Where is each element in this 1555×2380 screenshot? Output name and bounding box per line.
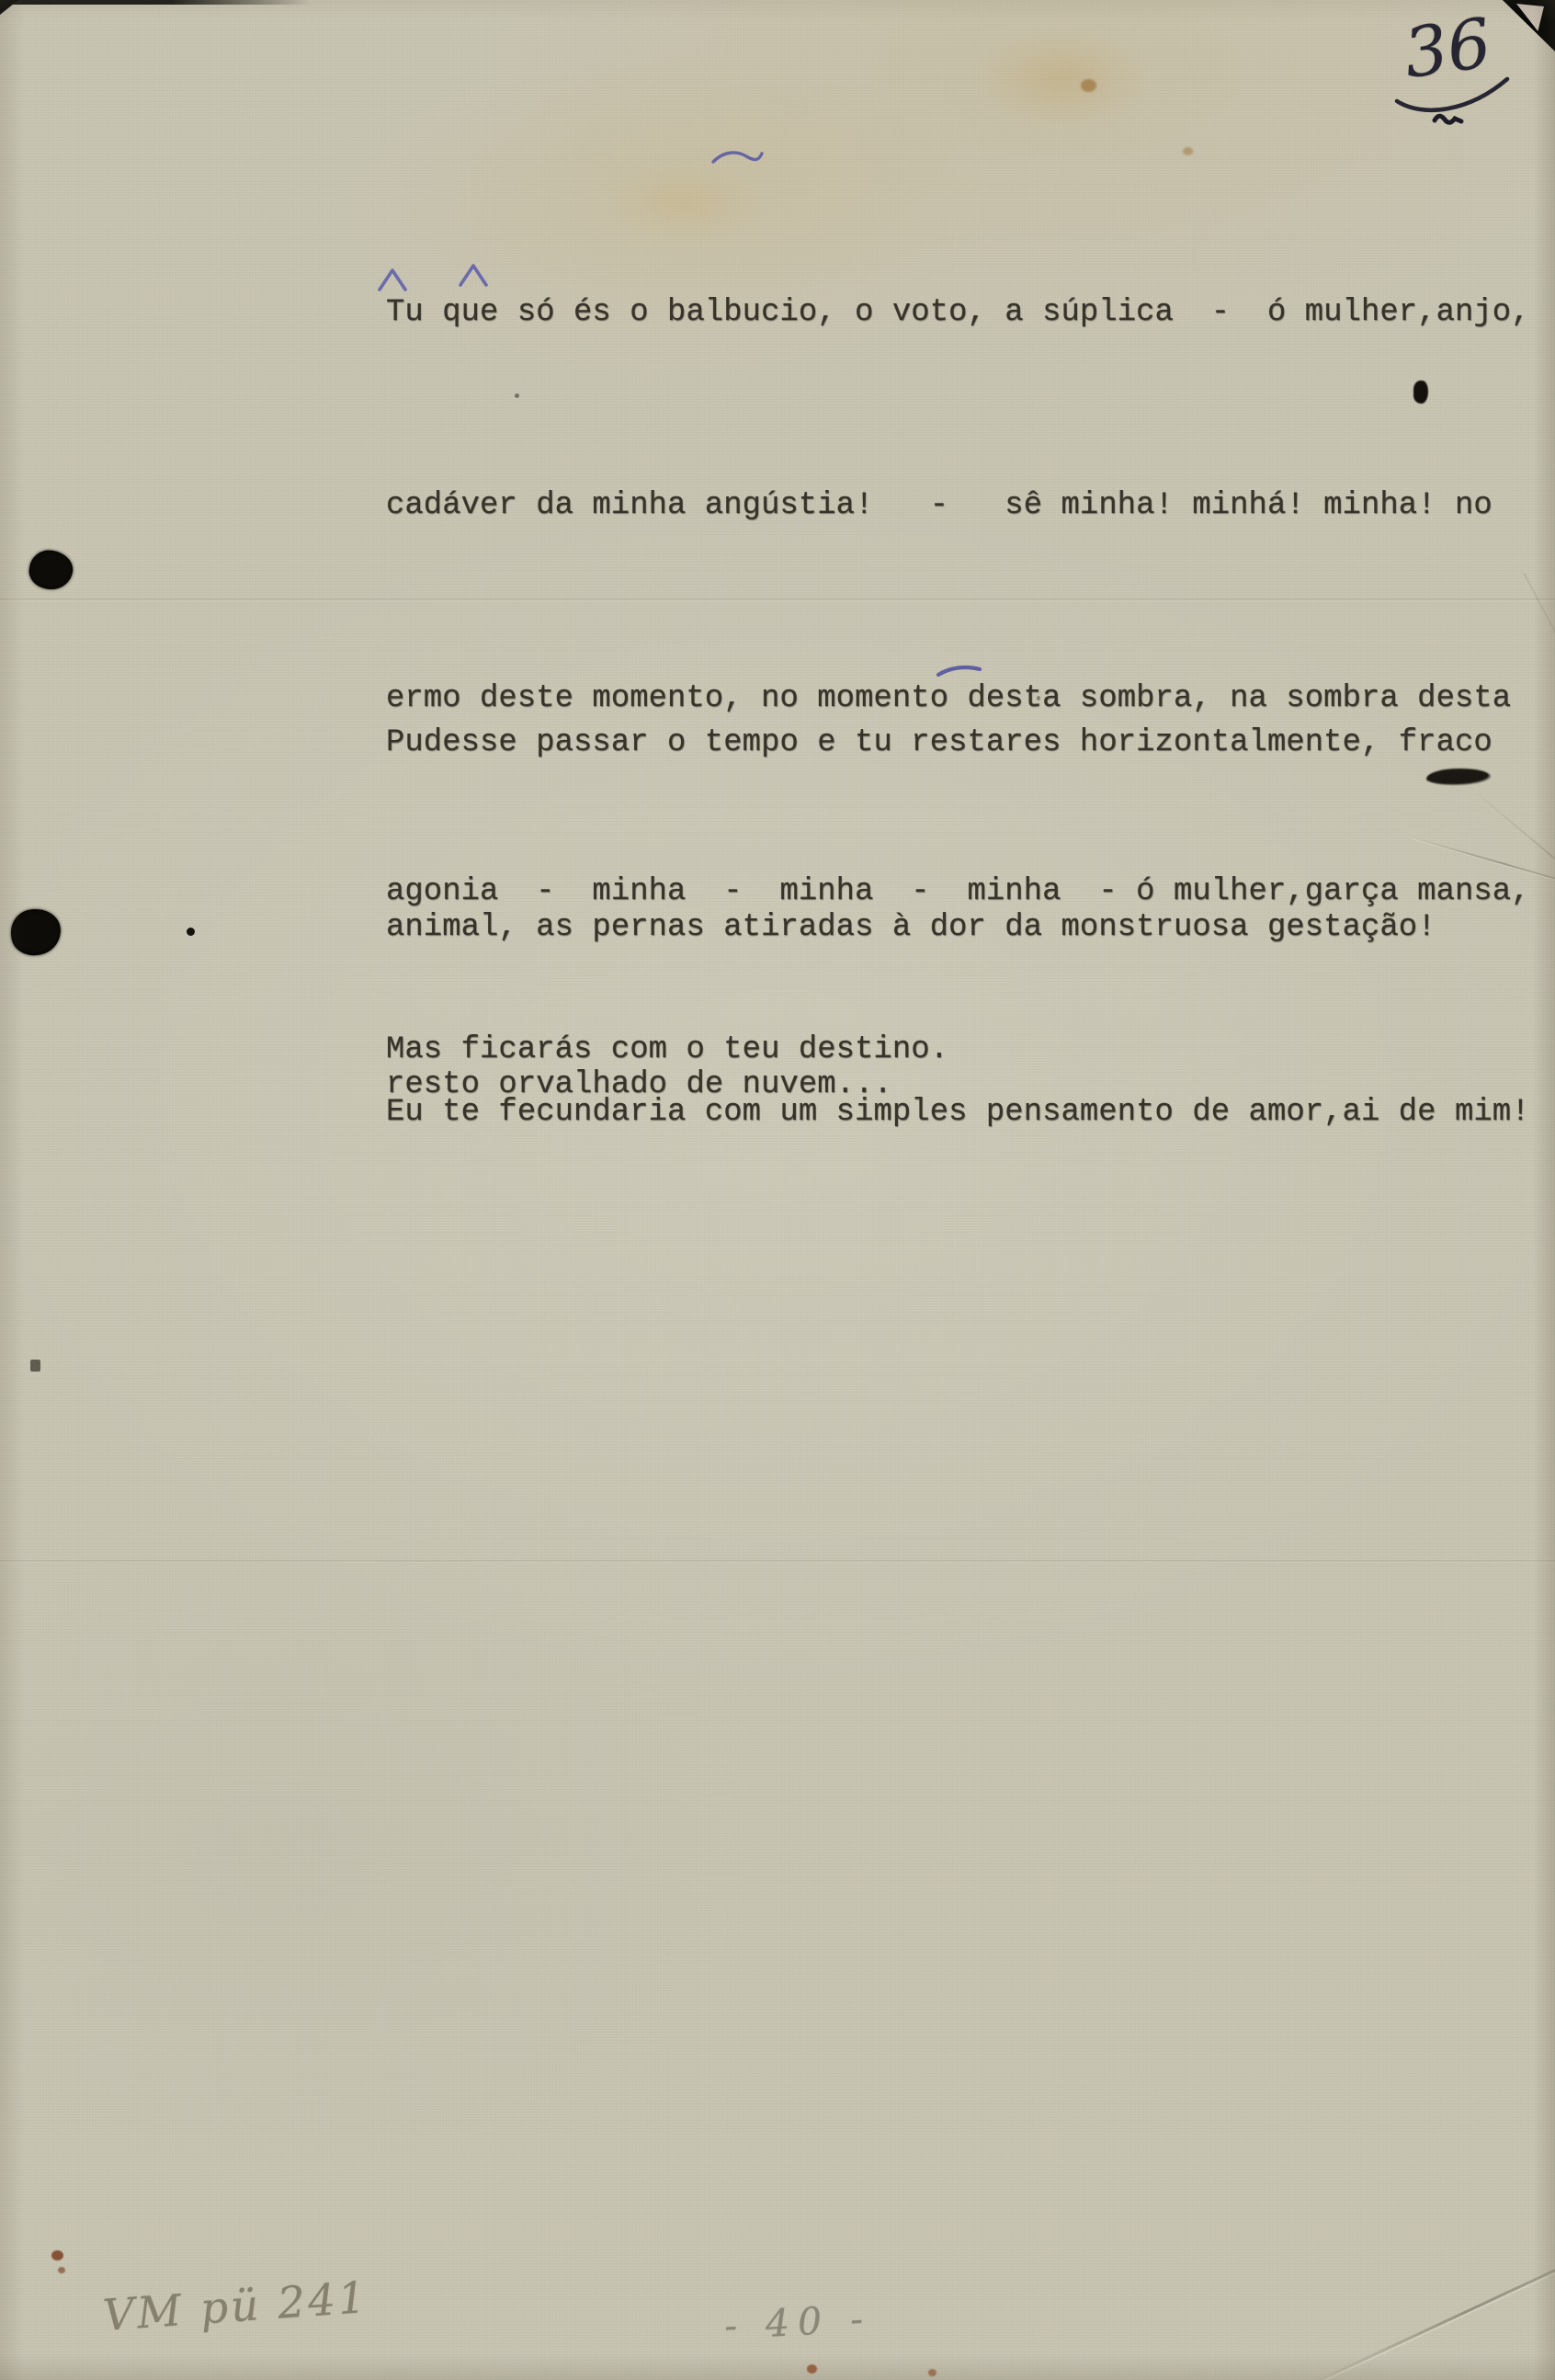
stray-type-dot [515, 393, 519, 398]
blue-circumflex-mark-deste [458, 262, 489, 288]
paper-stain [1081, 79, 1096, 92]
crease-line [1310, 2236, 1555, 2380]
blue-circumflex-mark-ermo [377, 267, 408, 292]
scan-corner-top-left [0, 0, 18, 15]
blue-accent-mark-balbucio [709, 147, 765, 167]
typewritten-line: cadáver da minha angústia! - sê minha! m… [386, 473, 1530, 538]
pencil-page-number: - 40 - [723, 2296, 872, 2348]
horizontal-fold-line [0, 1560, 1555, 1562]
rust-speck [928, 2369, 936, 2376]
manuscript-page: 36 Tu que só és o balbucio, o voto, a sú… [0, 0, 1555, 2380]
pencil-catalog-code: VM pü 241 [101, 2272, 369, 2341]
typewritten-line: Tu que só és o balbucio, o voto, a súpli… [386, 280, 1530, 345]
blue-accent-mark-dor [936, 663, 983, 679]
ink-blot-garca [1413, 381, 1428, 404]
rust-speck [58, 2267, 65, 2273]
punch-hole [27, 548, 74, 592]
rust-speck [51, 2250, 63, 2260]
ink-dot [187, 928, 195, 936]
rust-speck [807, 2364, 817, 2374]
ink-scribble-mark [1432, 110, 1465, 127]
typewritten-line: Pudesse passar o tempo e tu restares hor… [386, 712, 1530, 774]
paragraph-3: Mas ficarás com o teu destino. [386, 896, 948, 1204]
scan-edge-strip [0, 0, 312, 5]
stray-type-dot [1037, 696, 1040, 700]
paper-speck [30, 1360, 40, 1372]
typewritten-line: Mas ficarás com o teu destino. [386, 1019, 948, 1081]
paper-stain [974, 28, 1149, 129]
punch-hole [9, 906, 63, 957]
